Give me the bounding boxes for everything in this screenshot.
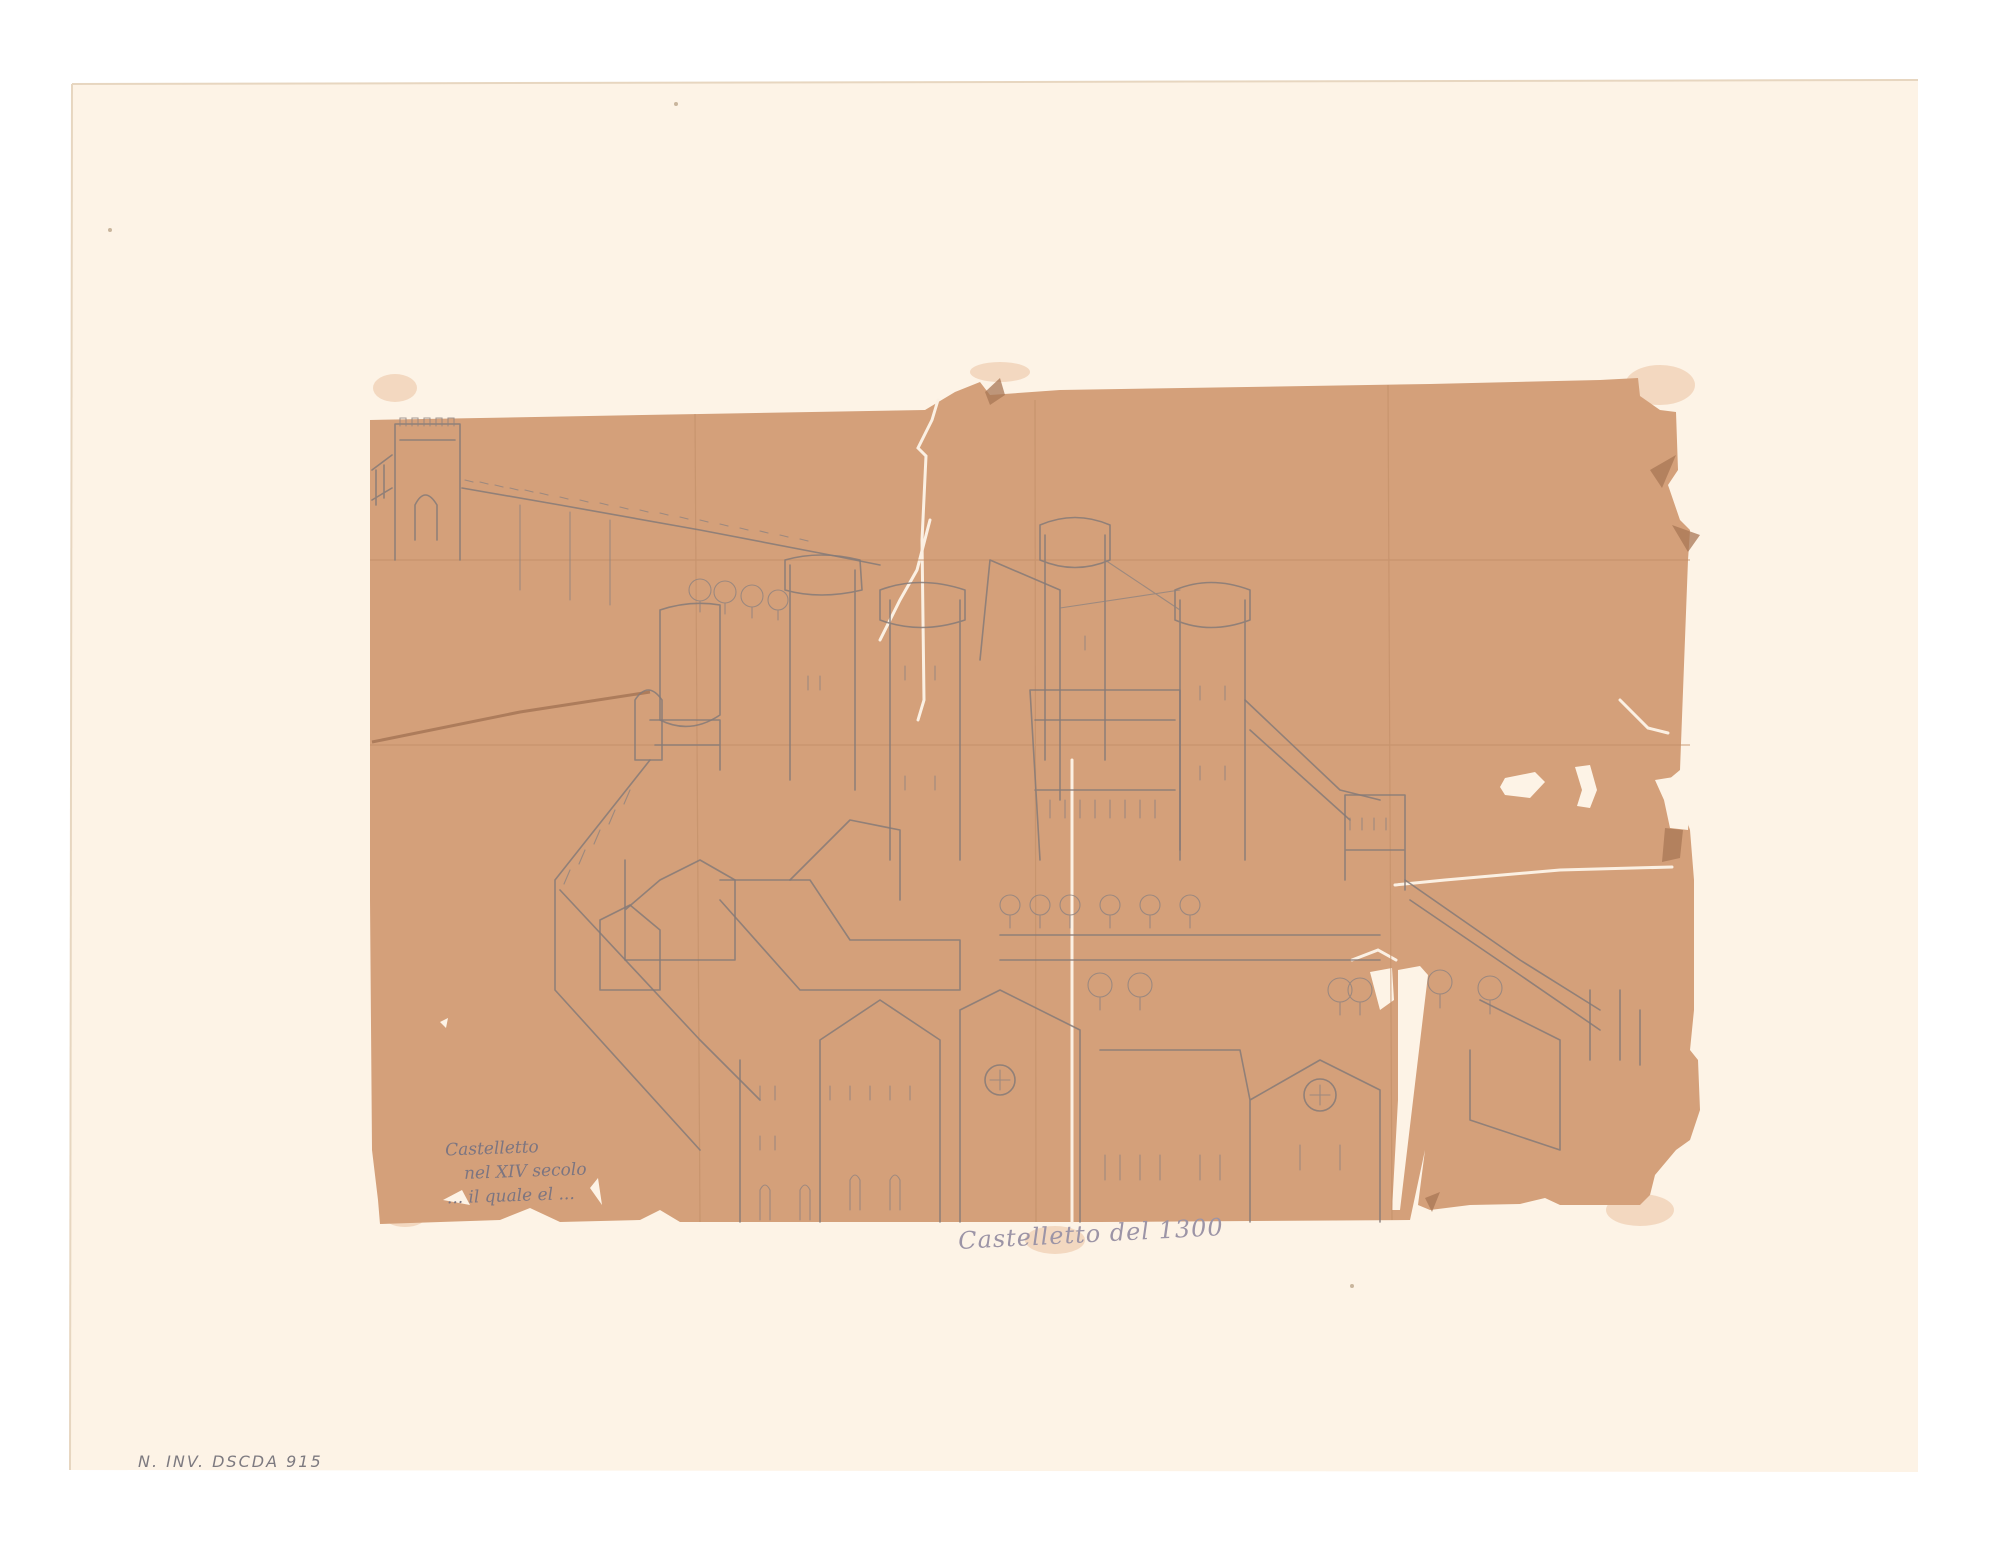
scanned-drawing bbox=[0, 0, 2000, 1555]
inventory-number: N. INV. DSCDA 915 bbox=[138, 1452, 323, 1471]
note-left: Castelletto nel XIV secolo ... il quale … bbox=[445, 1134, 588, 1211]
note-left-line3: ... il quale el ... bbox=[446, 1182, 587, 1211]
